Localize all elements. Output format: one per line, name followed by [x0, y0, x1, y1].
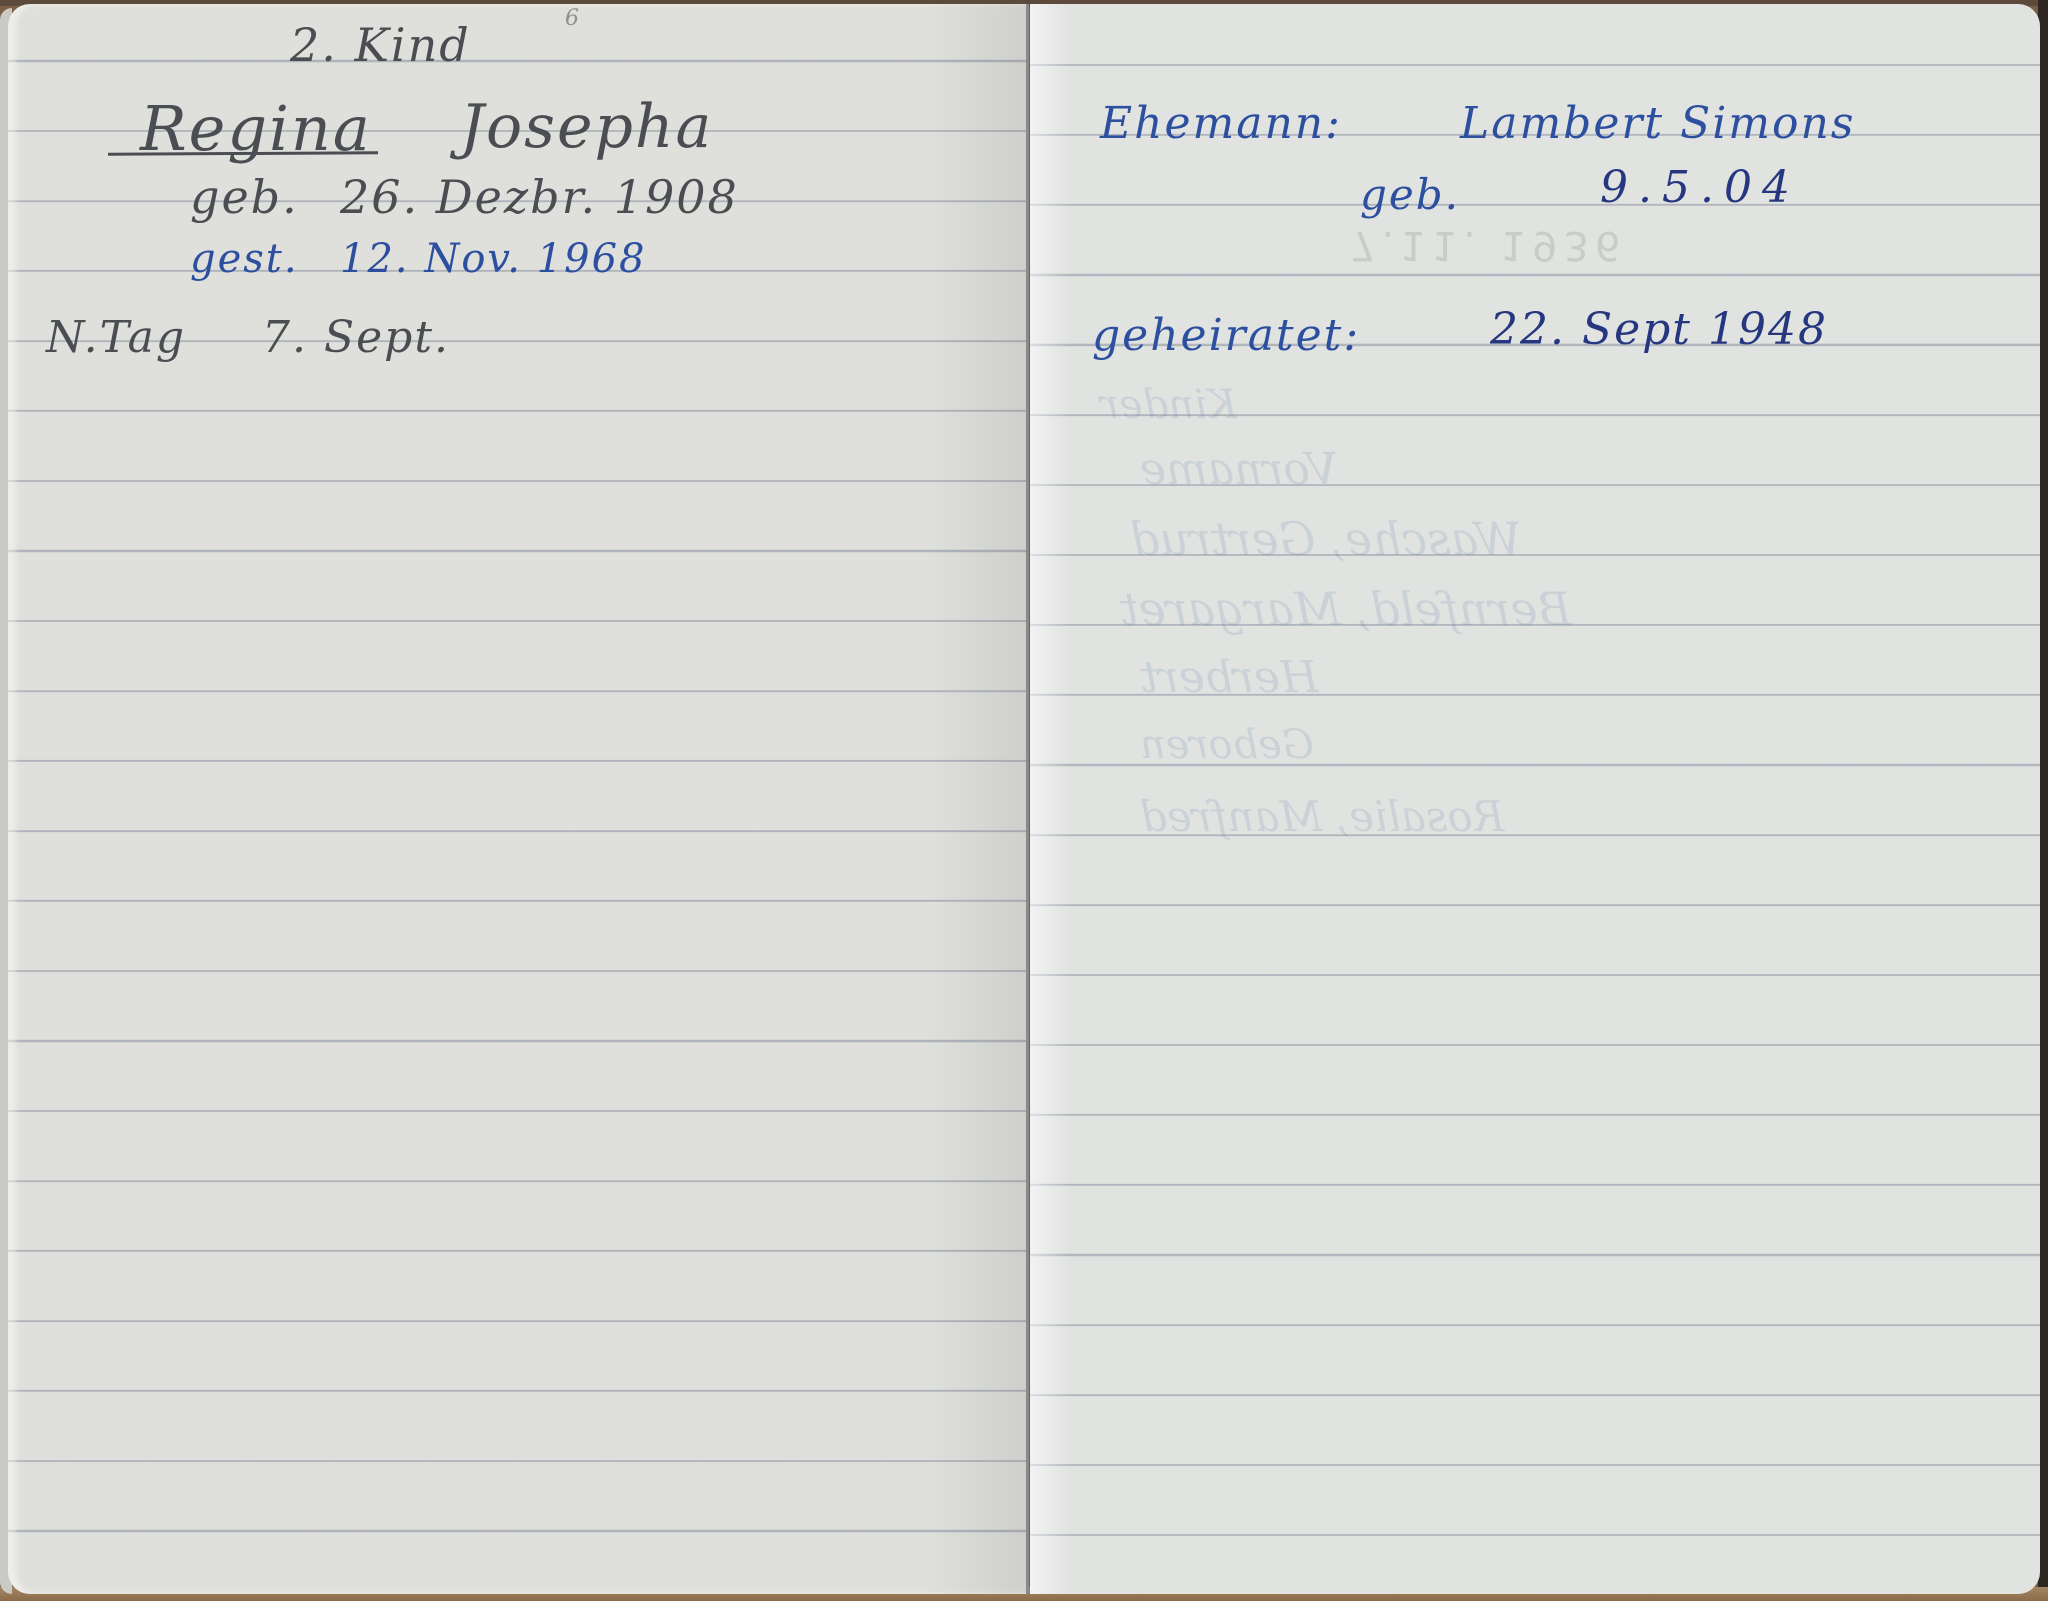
- page-number-mark: 6: [565, 6, 579, 31]
- husband-name: Lambert Simons: [1460, 98, 1855, 149]
- died-label: gest.: [190, 236, 299, 282]
- show-through-line: Herbert: [1140, 652, 1318, 703]
- embossed-reverse-text: 7.11. 1936: [1350, 222, 1626, 268]
- show-through-line: Wasche, Gertrud: [1130, 512, 1522, 566]
- show-through-line: Geboren: [1140, 722, 1314, 768]
- husband-label: Ehemann:: [1100, 98, 1342, 149]
- born-date: 26. Dezbr. 1908: [340, 170, 739, 224]
- book-spine-gutter: [1026, 4, 1029, 1594]
- married-label: geheiratet:: [1092, 310, 1360, 361]
- child-second-name: Josepha: [460, 92, 713, 162]
- nameday-label: N.Tag: [46, 312, 186, 363]
- husband-born-label: geb.: [1360, 170, 1460, 219]
- husband-born-date: 9.5.04: [1600, 162, 1800, 213]
- married-date: 22. Sept 1948: [1490, 304, 1828, 355]
- show-through-line: Vorname: [1140, 444, 1338, 495]
- show-through-line: Kinder: [1100, 382, 1237, 428]
- born-label: geb.: [190, 170, 299, 224]
- show-through-line: Rosalie, Manfred: [1140, 792, 1504, 841]
- right-page: 7.11. 1936 Kinder Vorname Wasche, Gertru…: [1030, 4, 2040, 1594]
- child-heading: 2. Kind: [290, 18, 471, 72]
- nameday-date: 7. Sept.: [262, 312, 450, 363]
- died-date: 12. Nov. 1968: [340, 236, 647, 282]
- show-through-line: Bernfeld, Margaret: [1120, 582, 1571, 636]
